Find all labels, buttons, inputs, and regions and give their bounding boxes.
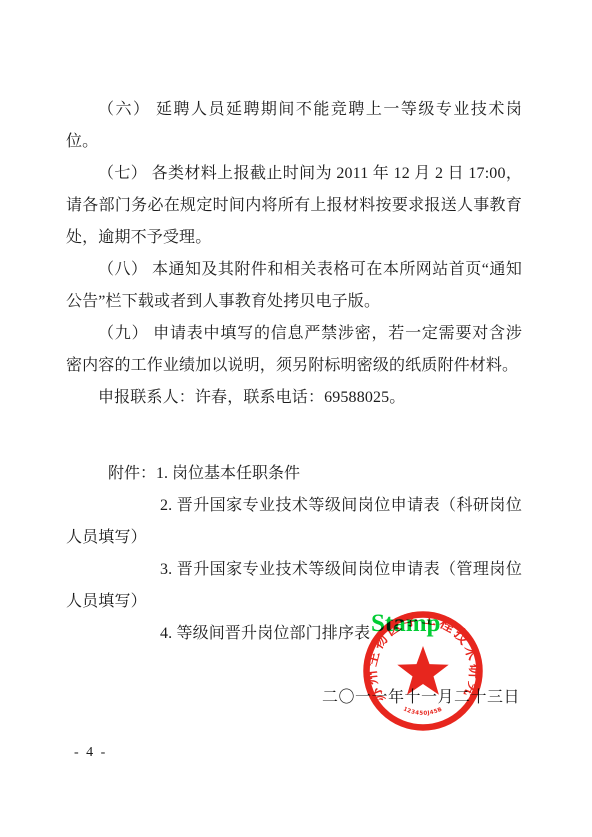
paragraph-9: （九） 申请表中填写的信息严禁涉密，若一定需要对含涉密内容的工作业绩加以说明，须…	[66, 318, 522, 382]
attachment-item-1: 1. 岗位基本任职条件	[156, 465, 300, 482]
paragraph-7: （七） 各类材料上报截止时间为 2011 年 12 月 2 日 17:00，请各…	[66, 158, 522, 254]
page-number: - 4 -	[74, 745, 107, 761]
attachments-first-row: 附件：1. 岗位基本任职条件	[108, 458, 522, 490]
paragraph-8: （八） 本通知及其附件和相关表格可在本所网站首页“通知公告”栏下载或者到人事教育…	[66, 254, 522, 318]
attachments-label: 附件：	[108, 465, 156, 482]
contact-line: 申报联系人：许春，联系电话：69588025。	[66, 382, 522, 414]
official-seal: 苏州生物医学工程技术研究所 123450J45B0934	[359, 607, 487, 735]
document-body: （六） 延聘人员延聘期间不能竞聘上一等级专业技术岗位。 （七） 各类材料上报截止…	[66, 94, 522, 650]
document-page: （六） 延聘人员延聘期间不能竞聘上一等级专业技术岗位。 （七） 各类材料上报截止…	[0, 0, 592, 837]
paragraph-6: （六） 延聘人员延聘期间不能竞聘上一等级专业技术岗位。	[66, 94, 522, 158]
star-icon	[397, 646, 448, 695]
attachment-item-2: 2. 晋升国家专业技术等级间岗位申请表（科研岗位人员填写）	[66, 490, 522, 554]
